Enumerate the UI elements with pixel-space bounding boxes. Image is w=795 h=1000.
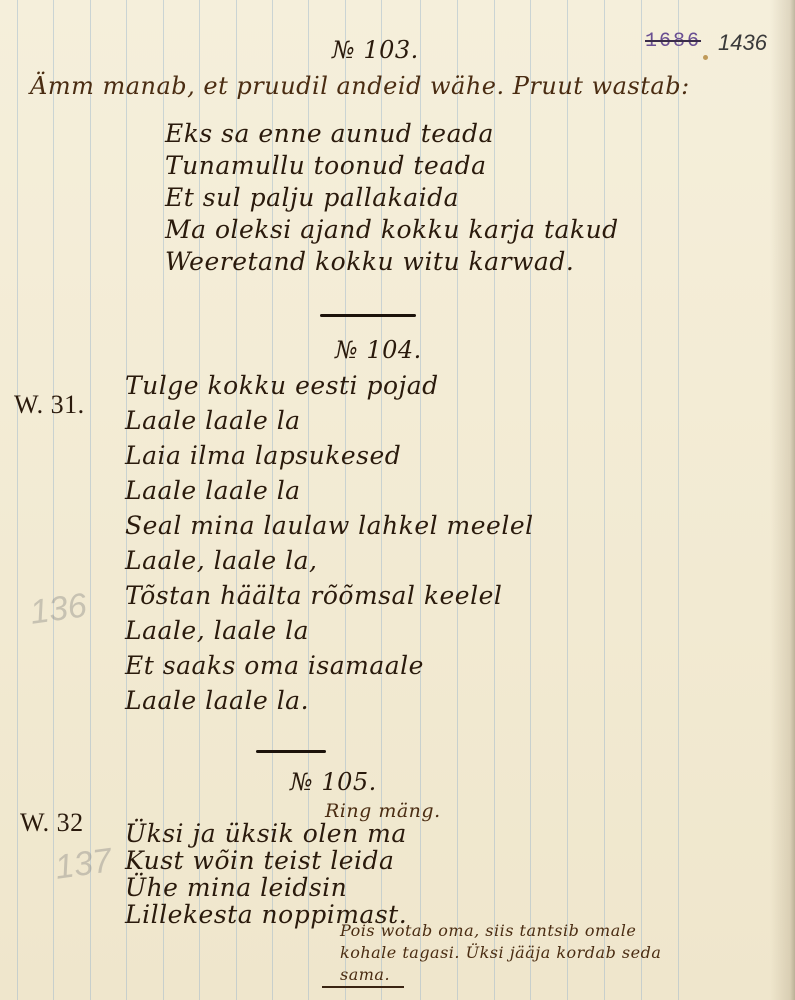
note-line: Pois wotab oma, siis tantsib omale — [340, 920, 661, 942]
verse-line: Laale laale la. — [125, 683, 534, 718]
verse-line: Laale, laale la — [125, 613, 534, 648]
note-underline — [322, 986, 404, 988]
song-number: № 103. — [332, 36, 419, 64]
verse-line: Laale laale la — [125, 403, 534, 438]
verse-line: Tõstan häälta rõõmsal keelel — [125, 578, 534, 613]
archive-stamp-crossed-out: 1686 — [645, 30, 701, 53]
song-number: № 105. — [290, 768, 377, 796]
song-number: № 104. — [335, 336, 422, 364]
verse-line: Laale, laale la, — [125, 543, 534, 578]
verse-line: Laia ilma lapsukesed — [125, 438, 534, 473]
song-verse: Üksi ja üksik olen ma Kust wõin teist le… — [125, 820, 407, 928]
section-divider — [320, 314, 416, 317]
rule-line — [678, 0, 679, 1000]
verse-line: Ühe mina leidsin — [125, 874, 407, 901]
margin-label: W. 31. — [14, 390, 85, 420]
song-verse: Eks sa enne aunud teada Tunamullu toonud… — [165, 118, 619, 278]
rule-line — [641, 0, 642, 1000]
verse-line: Tunamullu toonud teada — [165, 150, 619, 182]
verse-line: Laale laale la — [125, 473, 534, 508]
song-verse: Tulge kokku eesti pojad Laale laale la L… — [125, 368, 534, 718]
note-line: sama. — [340, 964, 661, 986]
rule-line — [17, 0, 18, 1000]
section-divider — [256, 750, 326, 753]
verse-line: Seal mina laulaw lahkel meelel — [125, 508, 534, 543]
performance-note: Pois wotab oma, siis tantsib omale kohal… — [340, 920, 661, 986]
verse-line: Ma oleksi ajand kokku karja takud — [165, 214, 619, 246]
verse-line: Kust wõin teist leida — [125, 847, 407, 874]
pencil-page-number: 136 — [28, 586, 90, 633]
verse-line: Et sul palju pallakaida — [165, 182, 619, 214]
verse-line: Üksi ja üksik olen ma — [125, 820, 407, 847]
verse-line: Eks sa enne aunud teada — [165, 118, 619, 150]
margin-label: W. 32 — [20, 808, 84, 838]
ink-stain — [703, 55, 708, 60]
verse-line: Weeretand kokku witu karwad. — [165, 246, 619, 278]
verse-line: Tulge kokku eesti pojad — [125, 368, 534, 403]
manuscript-page: 1686 1436 136 137 № 103. Ämm manab, et p… — [0, 0, 795, 1000]
song-intro: Ämm manab, et pruudil andeid wähe. Pruut… — [30, 72, 690, 100]
pencil-page-number: 137 — [53, 841, 115, 888]
note-line: kohale tagasi. Üksi jääja kordab seda — [340, 942, 661, 964]
verse-line: Et saaks oma isamaale — [125, 648, 534, 683]
archive-number: 1436 — [718, 30, 767, 56]
